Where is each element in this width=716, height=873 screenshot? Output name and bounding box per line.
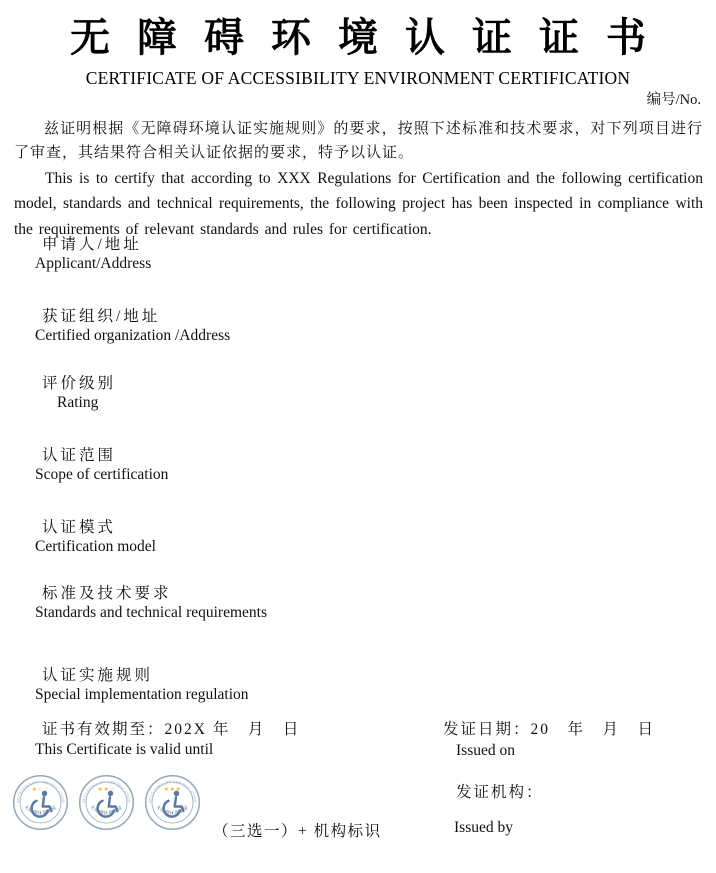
accessibility-seal-icon: ACCESSIBILITY CERTIFICATION无障碍环境认证★★★	[144, 774, 201, 831]
rating-seal-2-star: ACCESSIBILITY CERTIFICATION无障碍环境认证★★☆	[78, 774, 135, 836]
field-certification-model-label-cn: 认证模式	[42, 515, 116, 537]
field-certification-model-label-en: Certification model	[35, 538, 156, 556]
field-applicant-label-en: Applicant/Address	[35, 255, 151, 273]
accessibility-seal-icon: ACCESSIBILITY CERTIFICATION无障碍环境认证★★☆	[78, 774, 135, 831]
field-implementation-regulation: 认证实施规则 Special implementation regulation	[0, 663, 716, 709]
field-certification-model: 认证模式 Certification model	[0, 515, 716, 561]
field-scope-label-en: Scope of certification	[35, 466, 168, 484]
validity-date-en: This Certificate is valid until	[35, 741, 213, 759]
field-certified-organization-label-cn: 获证组织/地址	[42, 304, 160, 326]
certificate-number-label: 编号/No.	[647, 88, 701, 109]
field-implementation-regulation-label-en: Special implementation regulation	[35, 686, 249, 704]
rating-seal-3-star: ACCESSIBILITY CERTIFICATION无障碍环境认证★★★	[144, 774, 201, 836]
issue-date-cn: 发证日期：20 年 月 日	[443, 717, 655, 739]
field-standards-label-en: Standards and technical requirements	[35, 604, 267, 622]
field-standards: 标准及技术要求 Standards and technical requirem…	[0, 581, 716, 627]
issuing-body-en: Issued by	[454, 819, 513, 837]
rating-seal-1-star: ACCESSIBILITY CERTIFICATION无障碍环境认证★☆☆	[12, 774, 69, 836]
validity-date-cn: 证书有效期至：202X 年 月 日	[42, 717, 300, 739]
field-rating-label-cn: 评价级别	[42, 371, 116, 393]
certificate-page: 无障碍环境认证证书 CERTIFICATE OF ACCESSIBILITY E…	[0, 0, 716, 873]
issuing-body-cn: 发证机构：	[456, 780, 544, 802]
certificate-title-en: CERTIFICATE OF ACCESSIBILITY ENVIRONMENT…	[0, 68, 716, 89]
accessibility-seal-icon: ACCESSIBILITY CERTIFICATION无障碍环境认证★☆☆	[12, 774, 69, 831]
field-scope-label-cn: 认证范围	[42, 443, 116, 465]
field-standards-label-cn: 标准及技术要求	[42, 581, 172, 603]
field-rating: 评价级别 Rating	[0, 371, 716, 417]
certificate-title-cn: 无障碍环境认证证书	[0, 6, 716, 63]
intro-paragraph-en: This is to certify that according to XXX…	[14, 166, 703, 243]
field-applicant: 申请人/地址 Applicant/Address	[0, 232, 716, 278]
field-certified-organization: 获证组织/地址 Certified organization /Address	[0, 304, 716, 350]
field-scope: 认证范围 Scope of certification	[0, 443, 716, 489]
seal-note: （三选一）+ 机构标识	[213, 819, 382, 841]
intro-paragraph-cn: 兹证明根据《无障碍环境认证实施规则》的要求，按照下述标准和技术要求，对下列项目进…	[14, 118, 703, 165]
field-implementation-regulation-label-cn: 认证实施规则	[42, 663, 153, 685]
field-applicant-label-cn: 申请人/地址	[42, 232, 142, 254]
issue-date-en: Issued on	[456, 742, 515, 760]
rating-seals-row: ACCESSIBILITY CERTIFICATION无障碍环境认证★☆☆ACC…	[12, 774, 201, 836]
field-certified-organization-label-en: Certified organization /Address	[35, 327, 230, 345]
field-rating-label-en: Rating	[57, 394, 98, 412]
